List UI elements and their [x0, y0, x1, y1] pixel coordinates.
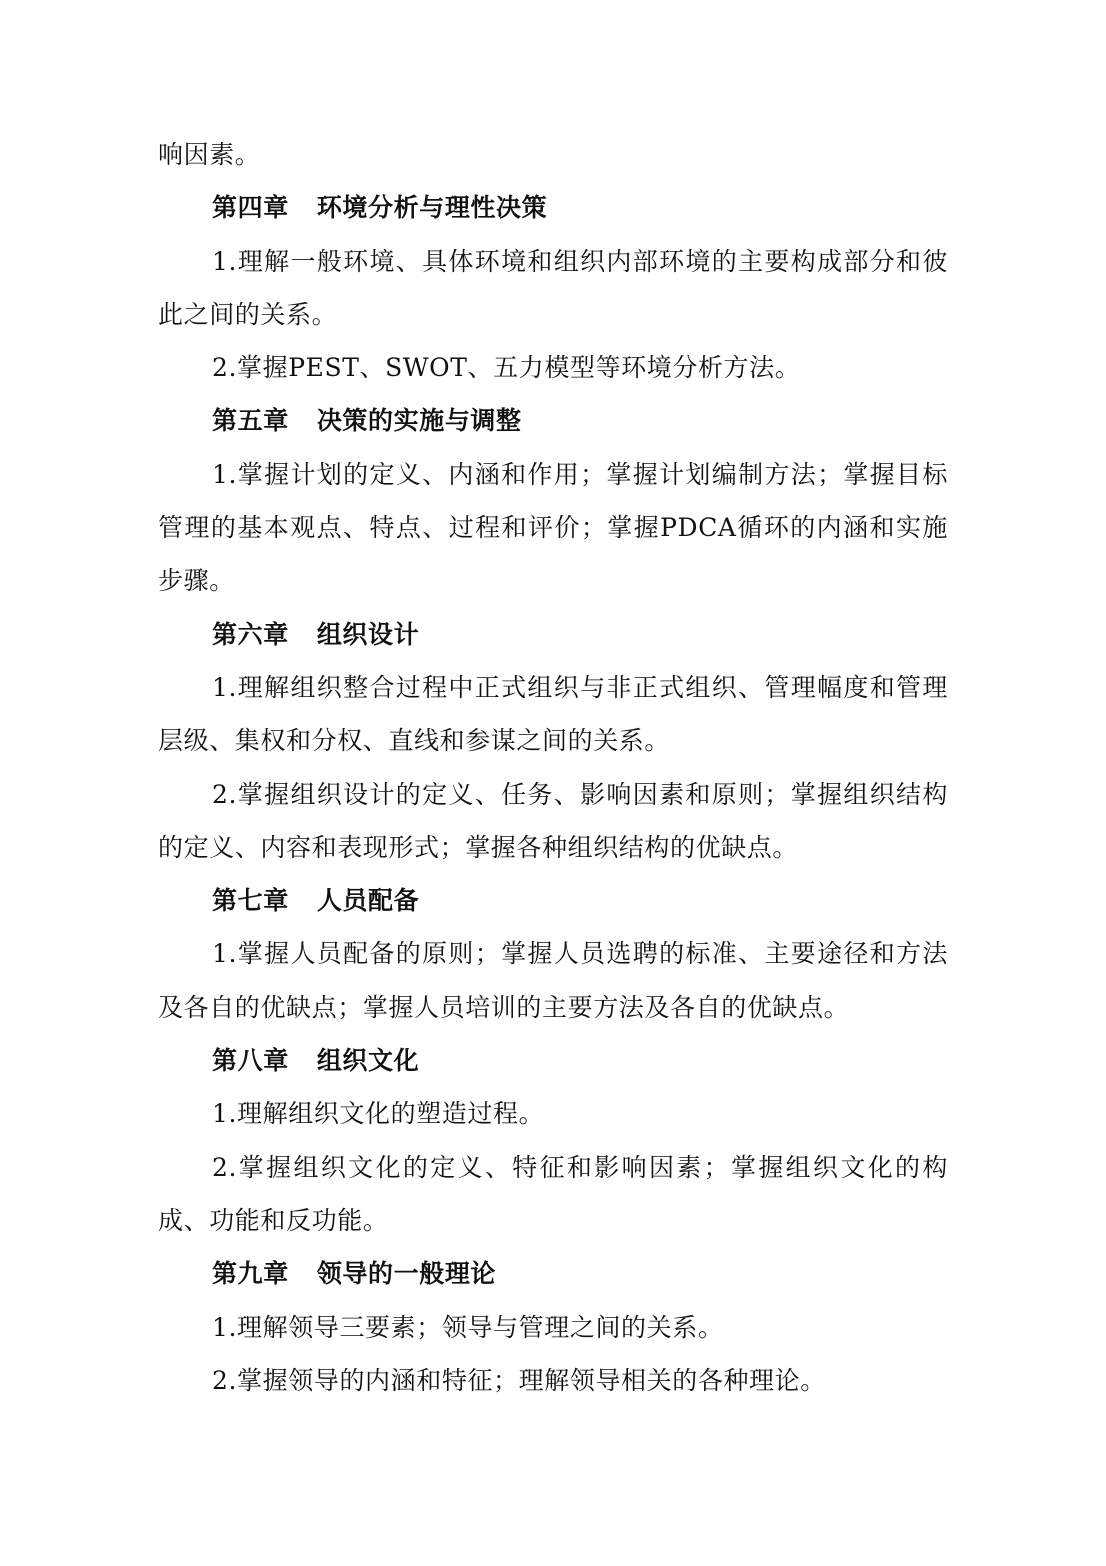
- chapter-number: 第八章: [212, 1046, 289, 1075]
- chapter-title: 组织设计: [317, 620, 419, 649]
- chapter-title: 人员配备: [317, 886, 419, 915]
- chapter-item: 1.理解组织文化的塑造过程。: [158, 1087, 948, 1140]
- chapter-title: 决策的实施与调整: [317, 406, 522, 435]
- chapter-number: 第四章: [212, 193, 289, 222]
- chapter-heading-5: 第五章决策的实施与调整: [158, 394, 948, 447]
- chapter-item: 1.掌握人员配备的原则；掌握人员选聘的标准、主要途径和方法及各自的优缺点；掌握人…: [158, 927, 948, 1034]
- chapter-number: 第六章: [212, 620, 289, 649]
- chapter-number: 第五章: [212, 406, 289, 435]
- chapter-heading-6: 第六章组织设计: [158, 608, 948, 661]
- chapter-item: 1.理解组织整合过程中正式组织与非正式组织、管理幅度和管理层级、集权和分权、直线…: [158, 661, 948, 768]
- chapter-heading-9: 第九章领导的一般理论: [158, 1247, 948, 1300]
- chapter-item: 1.理解一般环境、具体环境和组织内部环境的主要构成部分和彼此之间的关系。: [158, 235, 948, 342]
- chapter-title: 组织文化: [317, 1046, 419, 1075]
- chapter-item: 2.掌握组织文化的定义、特征和影响因素；掌握组织文化的构成、功能和反功能。: [158, 1141, 948, 1248]
- chapter-title: 领导的一般理论: [317, 1259, 496, 1288]
- chapter-title: 环境分析与理性决策: [317, 193, 547, 222]
- chapter-number: 第七章: [212, 886, 289, 915]
- chapter-heading-7: 第七章人员配备: [158, 874, 948, 927]
- chapter-item: 1.掌握计划的定义、内涵和作用；掌握计划编制方法；掌握目标管理的基本观点、特点、…: [158, 448, 948, 608]
- chapter-item: 2.掌握组织设计的定义、任务、影响因素和原则；掌握组织结构的定义、内容和表现形式…: [158, 768, 948, 875]
- continuation-text: 响因素。: [158, 128, 948, 181]
- chapter-heading-8: 第八章组织文化: [158, 1034, 948, 1087]
- document-page: 响因素。 第四章环境分析与理性决策 1.理解一般环境、具体环境和组织内部环境的主…: [158, 128, 948, 1407]
- chapter-item: 1.理解领导三要素；领导与管理之间的关系。: [158, 1301, 948, 1354]
- chapter-number: 第九章: [212, 1259, 289, 1288]
- chapter-heading-4: 第四章环境分析与理性决策: [158, 181, 948, 234]
- chapter-item: 2.掌握PEST、SWOT、五力模型等环境分析方法。: [158, 341, 948, 394]
- chapter-item: 2.掌握领导的内涵和特征；理解领导相关的各种理论。: [158, 1354, 948, 1407]
